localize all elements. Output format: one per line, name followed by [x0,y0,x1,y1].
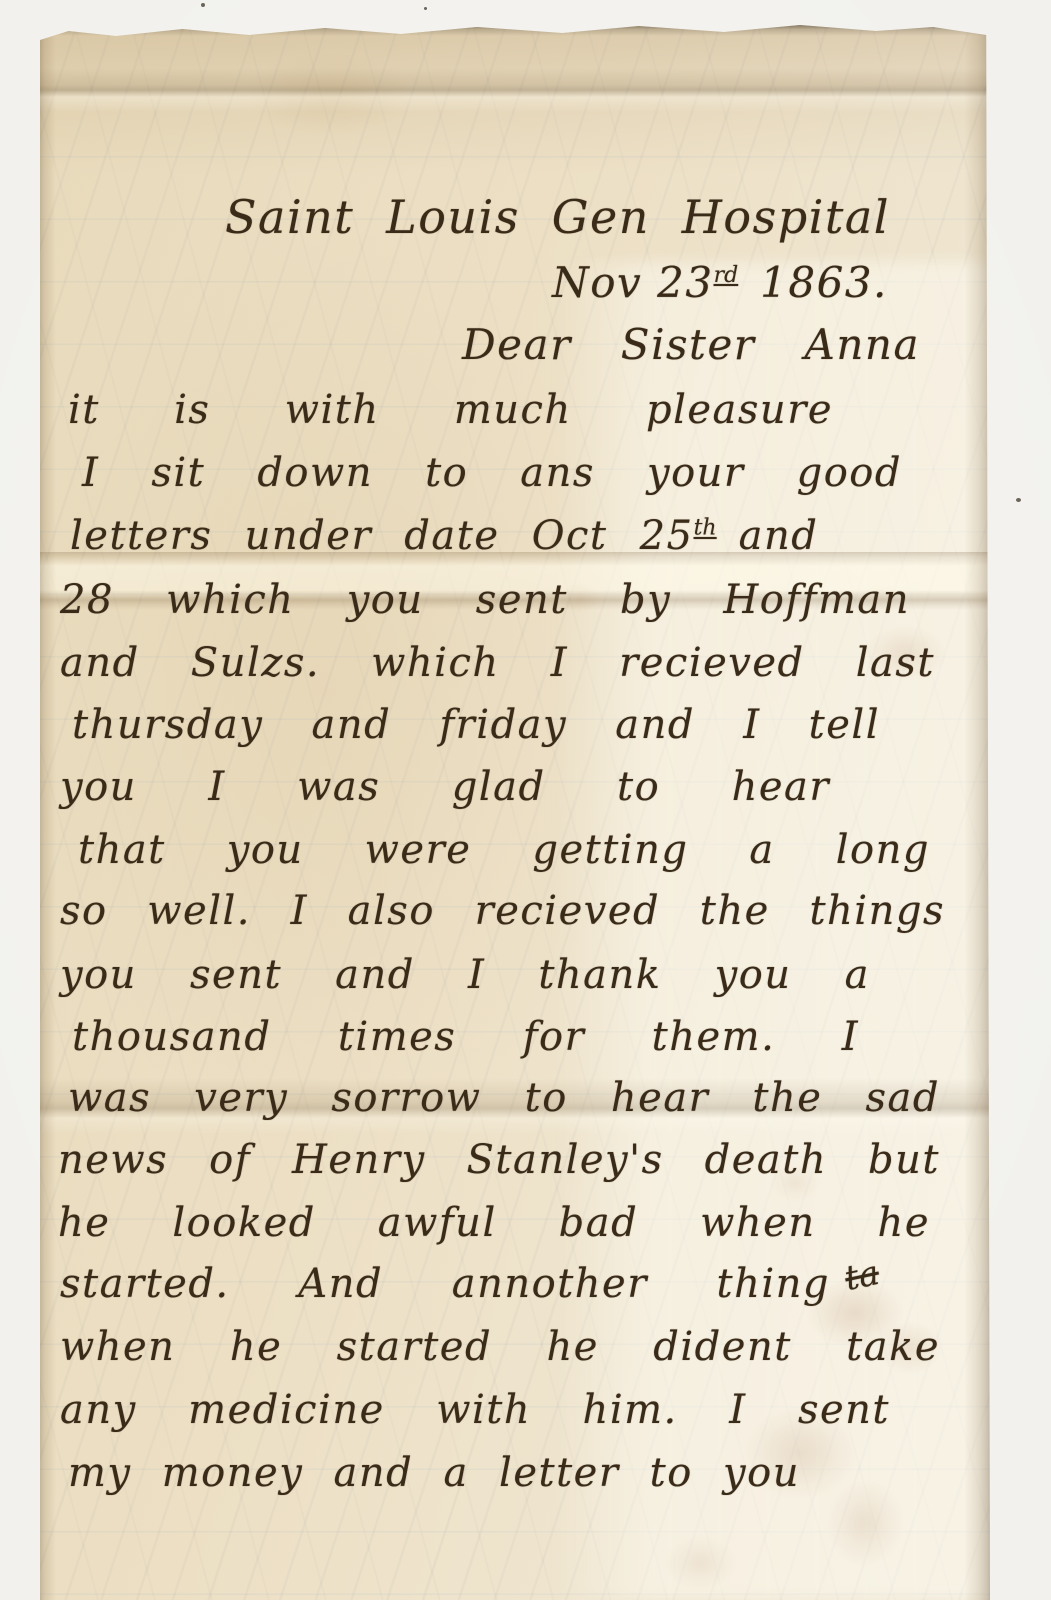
oct-ordinal-suffix: th [694,516,717,541]
letter-line: any medicine with him. I sent [60,1386,890,1434]
oct-line-post: and [739,513,819,559]
letter-text: Saint Louis Gen Hospital Nov 23rd1863. D… [0,0,1051,1600]
letter-line: was very sorrow to hear the sad [68,1074,940,1122]
date-ordinal-suffix: rd [714,263,739,288]
letter-line: letters under date Oct 25thand [70,512,818,560]
letter-line: thursday and friday and I tell [72,701,880,749]
letterhead-line: Saint Louis Gen Hospital [225,190,890,245]
date-line: Nov 23rd1863. [552,258,888,308]
scanned-letter-screenshot: { "scan": { "background_color": "#f2f1ed… [0,0,1051,1600]
letter-line: that you were getting a long [78,826,930,874]
letter-line: thousand times for them. I [72,1013,859,1061]
letter-line: you I was glad to hear [60,763,830,811]
salutation-line: Dear Sister Anna [462,320,920,370]
letter-line: so well. I also recieved the things [60,887,945,935]
letter-line: started. And annother thing [60,1260,830,1308]
crossed-out-word: ta [841,1253,883,1299]
letter-line: I sit down to ans your good [82,449,902,497]
date-year: 1863. [760,258,888,307]
letter-line: you sent and I thank you a [60,951,870,999]
letter-line: it is with much pleasure [68,386,833,434]
letter-line: news of Henry Stanley's death but [58,1136,940,1184]
letter-line: and Sulzs. which I recieved last [60,639,935,687]
letter-line: 28 which you sent by Hoffman [60,576,910,624]
letter-line: when he started he dident take [60,1323,940,1371]
scanner-background: Saint Louis Gen Hospital Nov 23rd1863. D… [0,0,1051,1600]
oct-line-pre: letters under date Oct 25 [70,513,694,559]
letter-line: he looked awful bad when he [58,1199,930,1247]
date-day: Nov 23 [552,258,714,307]
letter-line: my money and a letter to you [68,1449,800,1497]
